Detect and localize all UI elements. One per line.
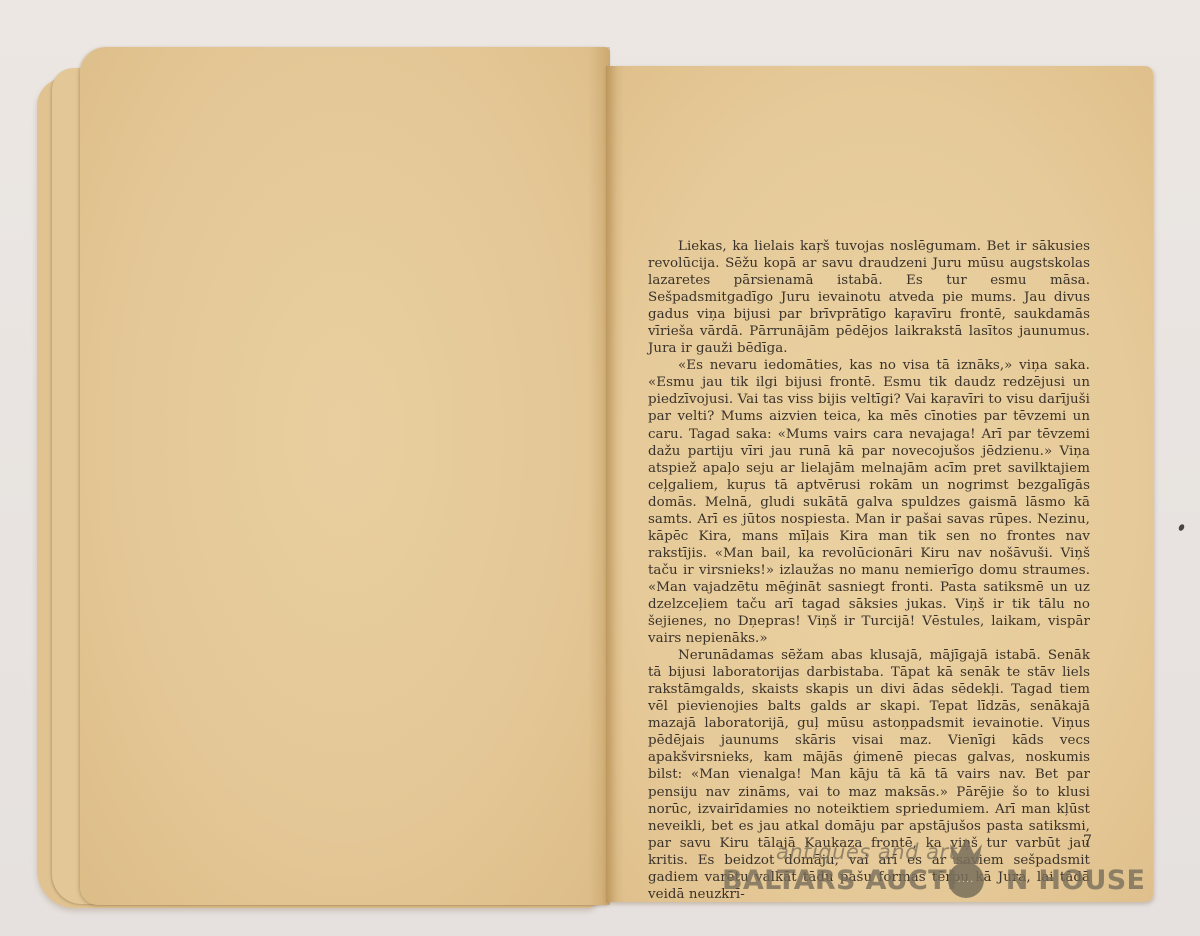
watermark-tagline: antiques and art: [776, 840, 957, 864]
right-page: Liekas, ka lielais kaŗš tuvojas noslēgum…: [606, 66, 1153, 902]
page-body-text: Liekas, ka lielais kaŗš tuvojas noslēgum…: [648, 238, 1090, 903]
watermark-name: BALTARS AUCTI N HOUSE: [722, 865, 1145, 896]
paragraph: «Es nevaru iedomāties, kas no visa tā iz…: [648, 357, 1090, 647]
photo-scene: Liekas, ka lielais kaŗš tuvojas noslēgum…: [0, 0, 1200, 936]
auction-house-watermark: antiques and art .... BALTARS AUCTI N HO…: [720, 836, 1120, 906]
left-page-blank: [80, 47, 610, 905]
paragraph: Liekas, ka lielais kaŗš tuvojas noslēgum…: [648, 238, 1090, 357]
dust-speck: [1178, 523, 1186, 532]
